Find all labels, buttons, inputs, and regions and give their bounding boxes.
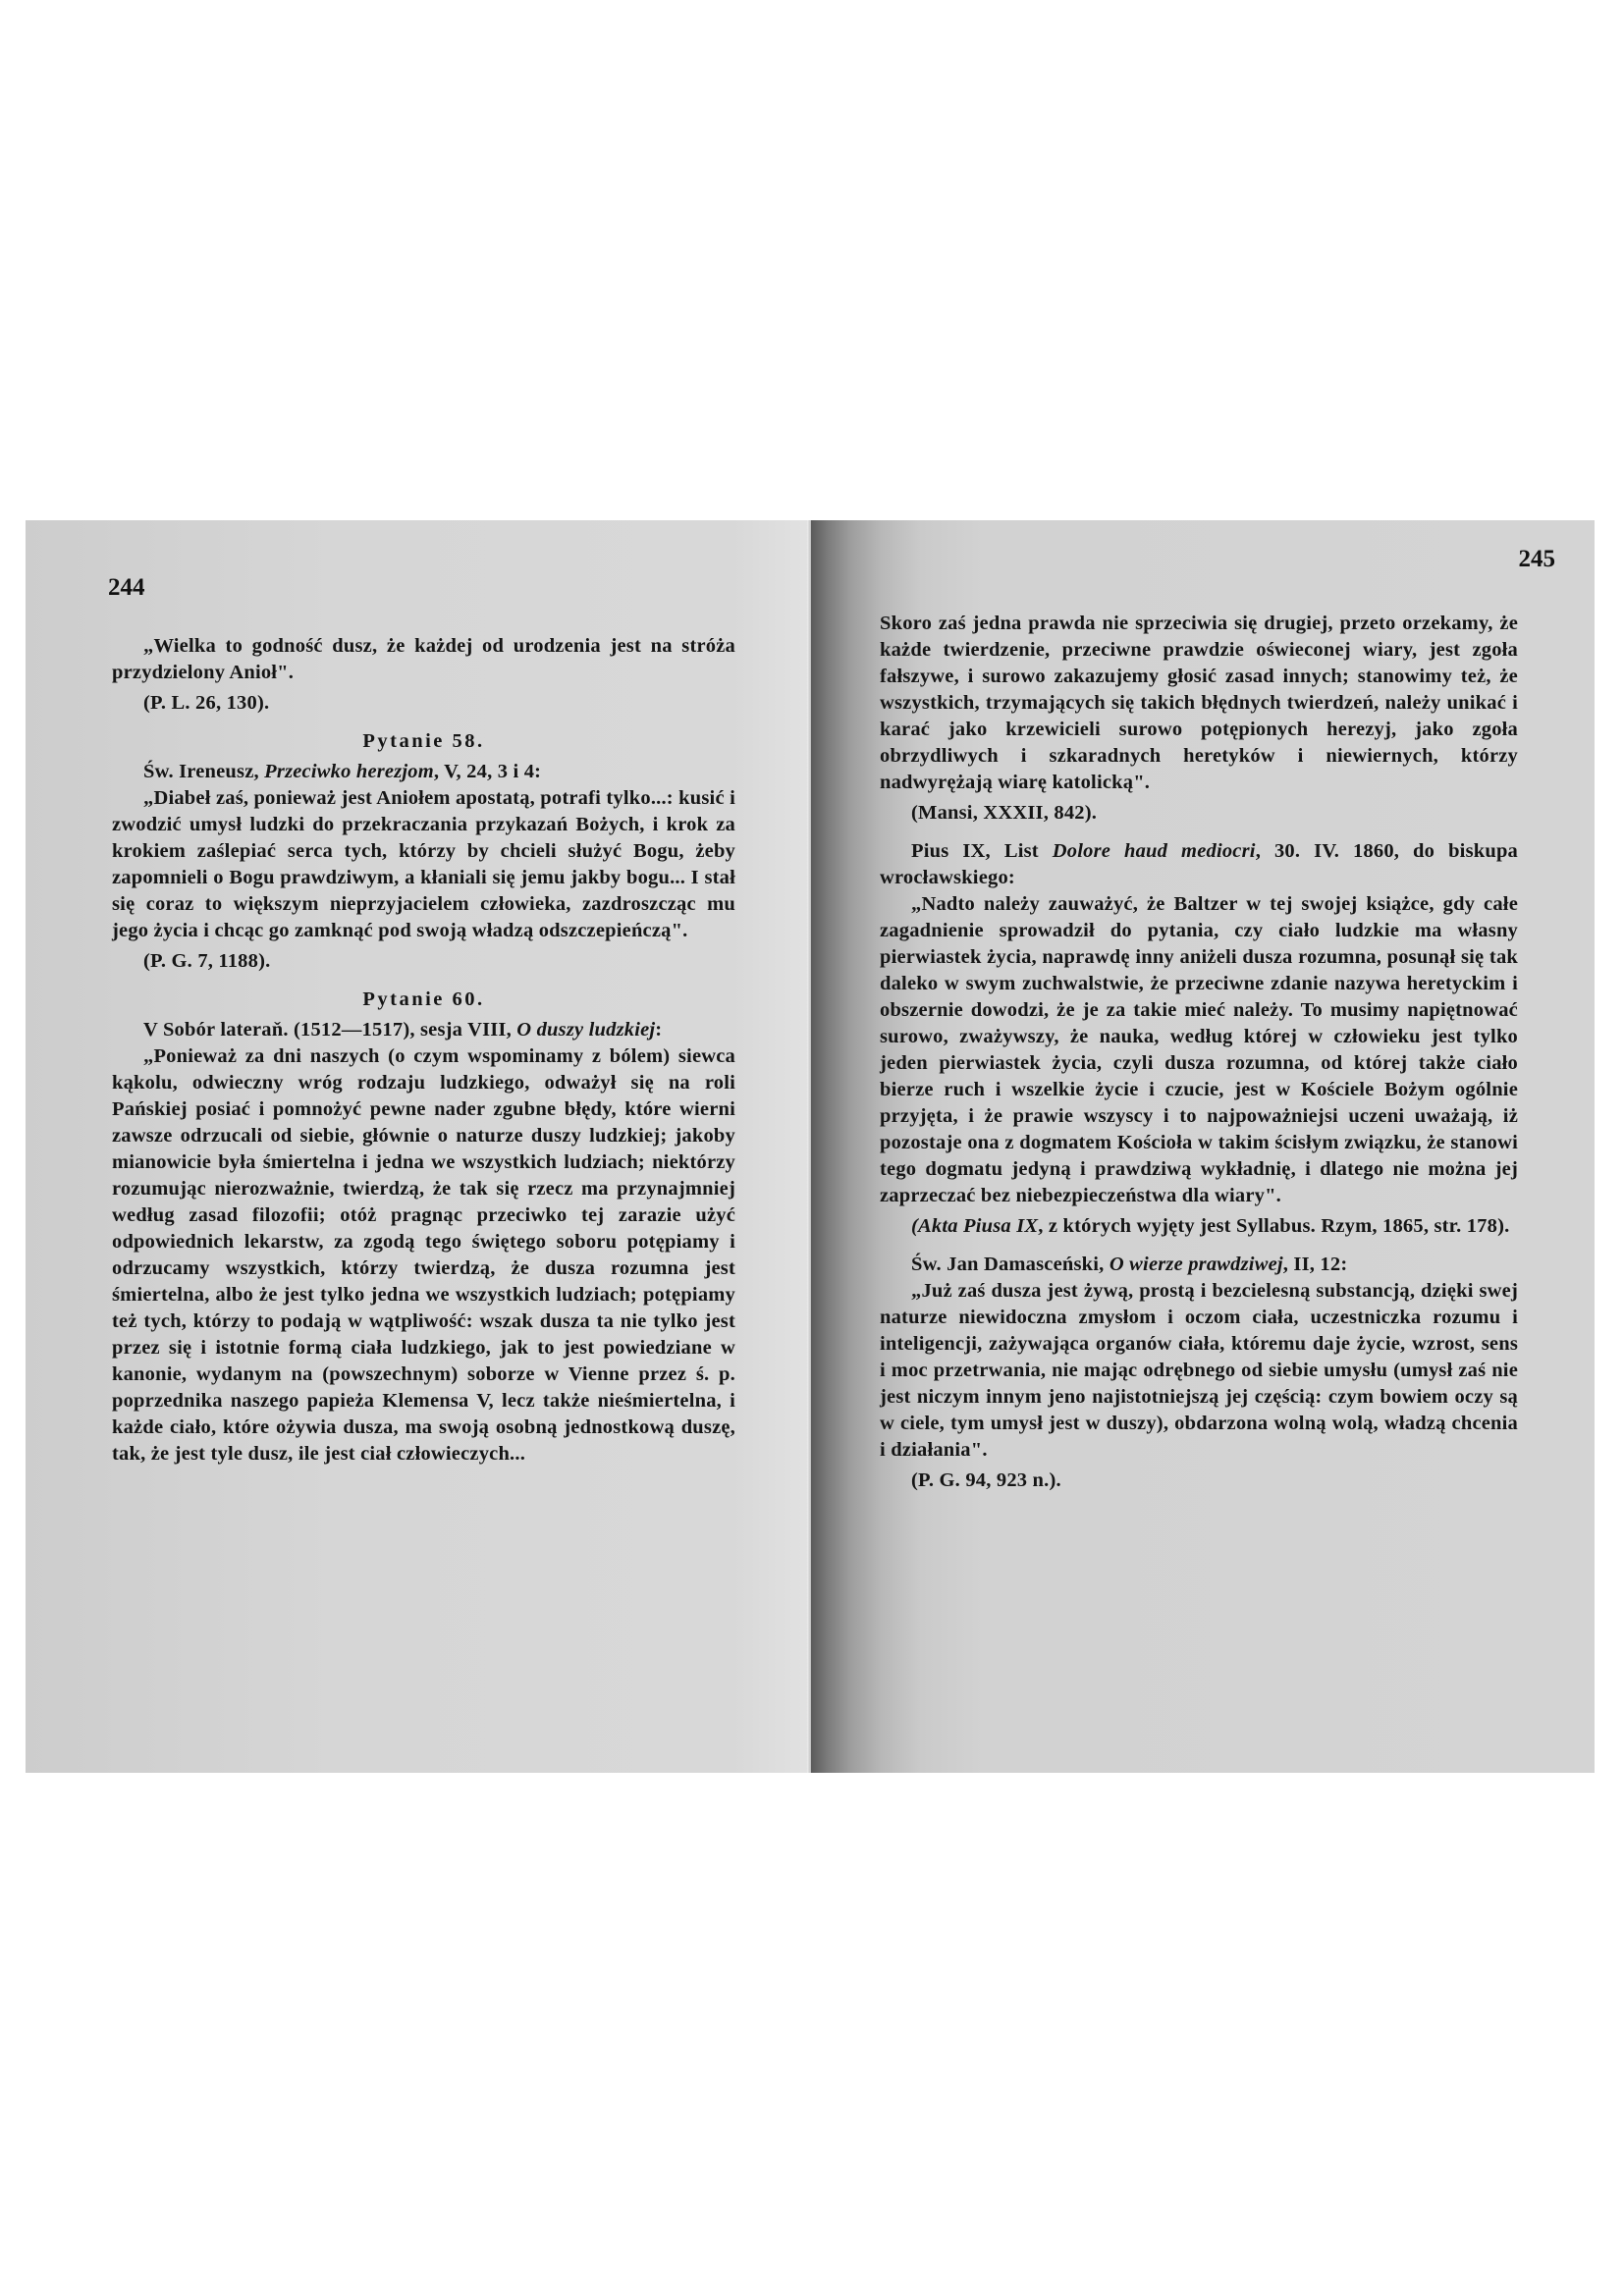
- quote-paragraph: Skoro zaś jedna prawda nie sprzeciwia si…: [880, 611, 1518, 796]
- citation-author: Pius IX, List: [911, 840, 1053, 862]
- page-number: 245: [1519, 546, 1556, 573]
- citation-title: O wierze prawdziwej: [1110, 1254, 1283, 1275]
- quote-paragraph: „Już zaś dusza jest żywą, prostą i bezci…: [880, 1278, 1518, 1464]
- quote-paragraph: „Nadto należy zauważyć, że Baltzer w tej…: [880, 891, 1518, 1209]
- source-citation: Św. Jan Damasceński, O wierze prawdziwej…: [880, 1252, 1518, 1278]
- page-number: 244: [108, 574, 145, 602]
- citation-details: , II, 12:: [1283, 1254, 1348, 1275]
- quote-paragraph: „Wielka to godność dusz, że każdej od ur…: [112, 633, 735, 686]
- left-page-text: „Wielka to godność dusz, że każdej od ur…: [112, 633, 735, 1468]
- reference: (Akta Piusa IX, z których wyjęty jest Sy…: [880, 1213, 1518, 1240]
- book-scan: 244 „Wielka to godność dusz, że każdej o…: [26, 520, 1595, 1773]
- source-citation: Pius IX, List Dolore haud mediocri, 30. …: [880, 838, 1518, 891]
- citation-author: V Sobór lateraň. (1512—1517), sesja VIII…: [143, 1019, 516, 1041]
- citation-details: , z których wyjęty jest Syllabus. Rzym, …: [1038, 1215, 1509, 1237]
- citation-title: Dolore haud mediocri: [1053, 840, 1256, 862]
- citation-details: , V, 24, 3 i 4:: [434, 761, 541, 782]
- reference: (P. L. 26, 130).: [112, 690, 735, 717]
- citation-author: Św. Jan Damasceński,: [911, 1254, 1110, 1275]
- source-citation: Św. Ireneusz, Przeciwko herezjom, V, 24,…: [112, 759, 735, 785]
- citation-details: :: [655, 1019, 662, 1041]
- reference: (P. G. 7, 1188).: [112, 948, 735, 975]
- section-heading: Pytanie 58.: [112, 728, 735, 755]
- citation-title: O duszy ludzkiej: [516, 1019, 655, 1041]
- citation-title: (Akta Piusa IX: [911, 1215, 1038, 1237]
- quote-paragraph: „Diabeł zaś, ponieważ jest Aniołem apost…: [112, 785, 735, 944]
- section-heading: Pytanie 60.: [112, 987, 735, 1013]
- citation-title: Przeciwko herezjom: [264, 761, 434, 782]
- citation-author: Św. Ireneusz,: [143, 761, 264, 782]
- right-page-text: Skoro zaś jedna prawda nie sprzeciwia si…: [880, 611, 1518, 1506]
- left-page: 244 „Wielka to godność dusz, że każdej o…: [26, 520, 811, 1773]
- source-citation: V Sobór lateraň. (1512—1517), sesja VIII…: [112, 1017, 735, 1043]
- quote-paragraph: „Ponieważ za dni naszych (o czym wspomin…: [112, 1043, 735, 1468]
- reference: (Mansi, XXXII, 842).: [880, 800, 1518, 827]
- book-gutter: [807, 520, 811, 1773]
- right-page: 245 Skoro zaś jedna prawda nie sprzeciwi…: [811, 520, 1595, 1773]
- reference: (P. G. 94, 923 n.).: [880, 1468, 1518, 1494]
